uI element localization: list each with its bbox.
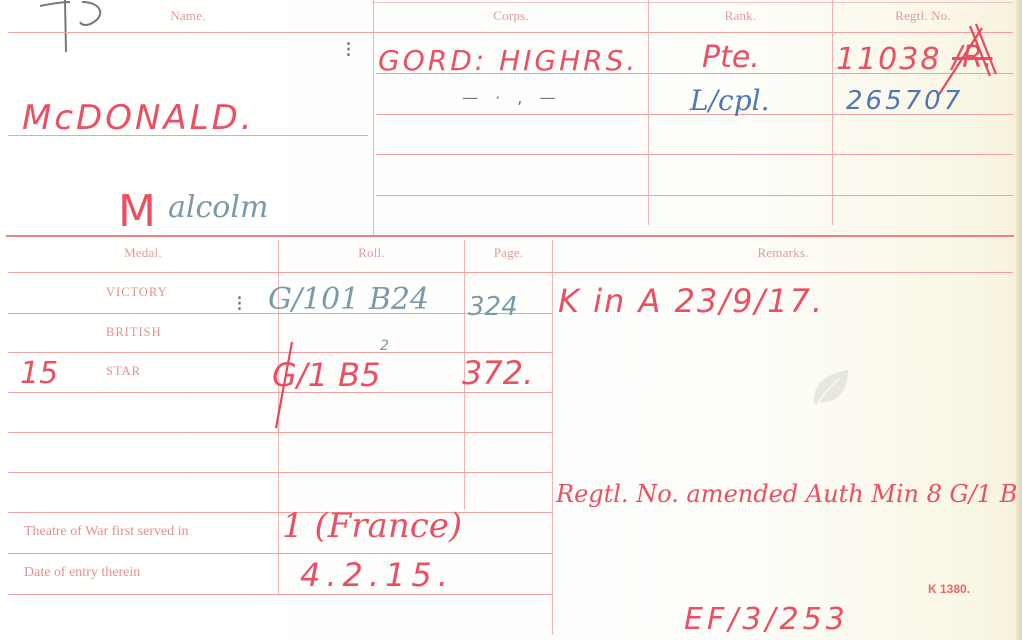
header-medal: Medal. (8, 245, 278, 261)
section-divider (6, 235, 1014, 237)
theatre-value: 1 (France) (282, 506, 462, 546)
remarks-line-2: Regtl. No. amended Auth Min 8 G/1 BH (556, 480, 1022, 508)
medal-row-rule-8 (8, 594, 552, 595)
medal-label-star: Star (106, 364, 141, 379)
remarks-line-1: K in A 23/9/17. (558, 282, 824, 320)
header-corps: Corps. (374, 8, 648, 24)
header-rule (8, 32, 1013, 33)
medal-index-card: 75 Name. Corps. Rank. Regtl. No. McDONAL… (0, 0, 1022, 640)
medal-header-rule (8, 272, 1013, 273)
corps-ditto: — · , — (462, 88, 561, 107)
regt-no-1: 11038 (836, 42, 941, 77)
reference-number: EF/3/253 (684, 602, 849, 637)
star-page: 372. (462, 354, 533, 392)
date-entry-label: Date of entry therein (24, 565, 140, 581)
star-roll-descender (270, 340, 310, 430)
row-rule-4 (376, 195, 1013, 196)
regt-no-2: 265707 (846, 86, 963, 116)
victory-page: 324 (468, 292, 518, 322)
header-roll: Roll. (279, 245, 464, 261)
card-edge (1016, 0, 1022, 640)
medal-label-british: British (106, 325, 162, 340)
header-rank: Rank. (649, 8, 832, 24)
header-remarks: Remarks. (553, 245, 1013, 261)
leaf-watermark-icon (808, 366, 852, 410)
forename-initial: M (118, 186, 156, 237)
star-roll-superscript: 2 (380, 338, 389, 354)
form-number: K 1380. (928, 582, 970, 596)
row-rule-3 (376, 154, 1013, 155)
medal-row-rule-6 (8, 512, 552, 513)
surname: McDONALD. (22, 98, 255, 138)
col-divider-remarks (552, 240, 553, 635)
forename-rest: alcolm (168, 190, 268, 225)
medal-row-rule-7 (8, 553, 552, 554)
rank-2: L/cpl. (690, 84, 770, 117)
theatre-label: Theatre of War first served in (24, 524, 189, 540)
rank-1: Pte. (702, 40, 760, 75)
medal-row-rule-4 (8, 432, 552, 433)
date-entry-value: 4.2.15. (300, 556, 454, 594)
col-divider-corps (373, 0, 374, 235)
victory-roll: G/101 B24 (268, 282, 429, 317)
col-divider-rank (648, 0, 649, 225)
header-name: Name. (8, 8, 368, 24)
medal-label-victory: Victory (106, 285, 168, 300)
medal-row-rule-5 (8, 472, 552, 473)
star-prefix: 15 (20, 356, 58, 391)
top-rule (372, 2, 1012, 3)
corps-value: GORD: HIGHRS. (378, 44, 638, 77)
corps-check-mark: ⁝ (345, 38, 352, 63)
header-page: Page. (465, 245, 552, 261)
victory-roll-mark: ⁝ (236, 292, 243, 317)
col-divider-regtno (832, 0, 833, 225)
